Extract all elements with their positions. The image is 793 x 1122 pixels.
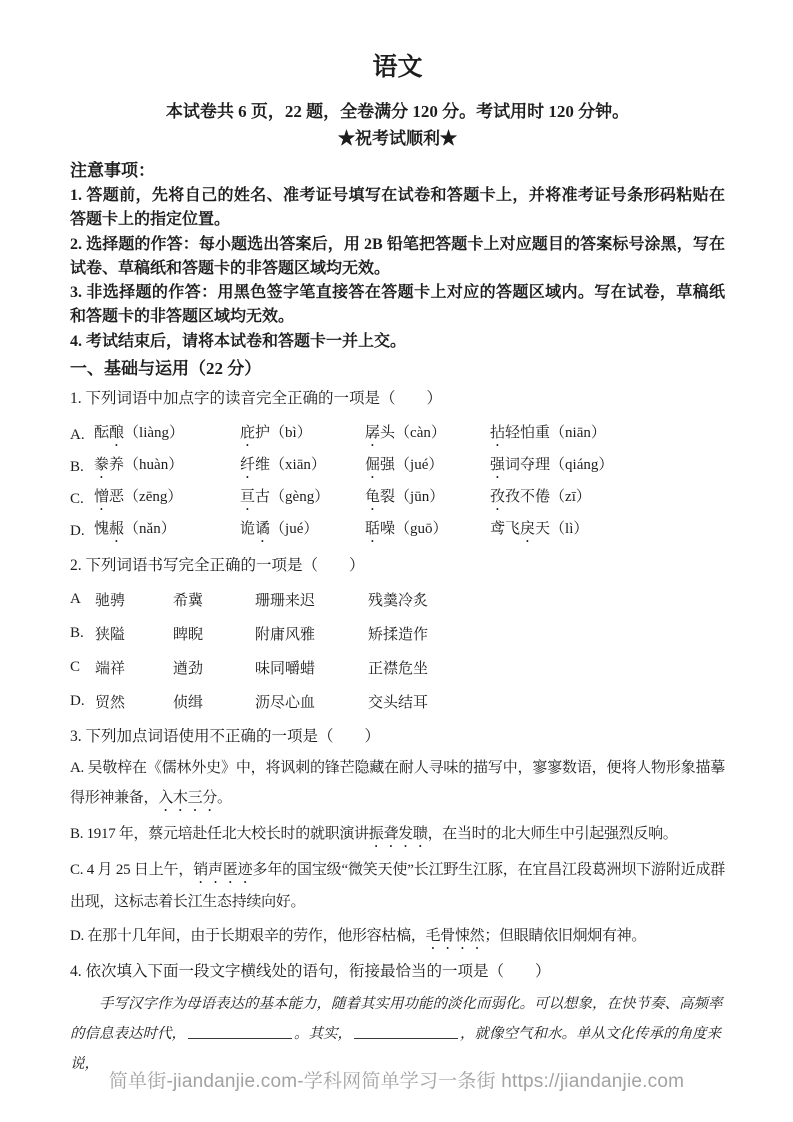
q2-option-row-b: B. 狭隘 睥睨 附庸风雅 矫揉造作 [70, 616, 725, 650]
q1-stem: 1. 下列词语中加点字的读音完全正确的一项是（ ） [70, 387, 725, 411]
word-item: 狭隘 [95, 623, 173, 644]
word-item: 倔强（jué） [365, 453, 490, 482]
pinyin: （huàn） [124, 457, 183, 473]
word-item: 端祥 [95, 657, 173, 678]
option-label: C. [70, 491, 94, 508]
word-item: 聒噪（guō） [365, 517, 490, 546]
word-item: 憎恶（zēng） [94, 485, 240, 514]
q1-option-row-d: D. 愧赧（nǎn） 诡谲（jué） 聒噪（guō） 鸢飞戾天（lì） [70, 515, 725, 547]
option-label: B. [70, 459, 94, 476]
word-item: 驰骋 [95, 589, 173, 610]
word-item: 遒劲 [173, 657, 255, 678]
q2-option-row-a: A 驰骋 希冀 珊珊来迟 残羹冷炙 [70, 582, 725, 616]
word-item: 味同嚼蜡 [255, 657, 368, 678]
pinyin: （càn） [395, 425, 446, 441]
emphasized-phrase: 毛骨悚然 [426, 928, 485, 944]
option-label: D. [70, 523, 94, 540]
word-item: 附庸风雅 [255, 623, 368, 644]
exam-wish-line: ★祝考试顺利★ [70, 125, 725, 152]
q3-option-a: A. 吴敬梓在《儒林外史》中，将讽刺的锋芒隐藏在耐人寻味的描写中，寥寥数语，便将… [70, 753, 725, 815]
option-label: C [70, 659, 95, 676]
q1-option-row-b: B. 豢养（huàn） 纤维（xiān） 倔强（jué） 强词夺理（qiáng） [70, 451, 725, 483]
pinyin: （lì） [550, 521, 588, 537]
word-item: 拈轻怕重（niān） [490, 421, 725, 450]
q1-option-row-c: C. 憎恶（zēng） 亘古（gèng） 龟裂（jūn） 孜孜不倦（zī） [70, 483, 725, 515]
blank-line-1 [188, 1025, 292, 1039]
option-label: A [70, 591, 95, 608]
word-item: 珊珊来迟 [255, 589, 368, 610]
pinyin: （niān） [550, 425, 606, 441]
word-item: 交头结耳 [368, 691, 725, 712]
word-item: 庇护（bì） [240, 421, 365, 450]
emphasized-phrase: 入木三分 [158, 790, 217, 806]
pinyin: （bì） [270, 425, 312, 441]
blank-line-2 [354, 1025, 458, 1039]
word-item: 睥睨 [173, 623, 255, 644]
pinyin: （xiān） [270, 457, 326, 473]
word-item: 鸢飞戾天（lì） [490, 517, 725, 546]
q4-stem: 4. 依次填入下面一段文字横线处的语句，衔接最恰当的一项是（ ） [70, 960, 725, 984]
q3-option-c: C. 4 月 25 日上午，销声匿迹多年的国宝级“微笑天使”长江野生江豚，在宜昌… [70, 855, 725, 917]
option-label: B. [70, 625, 95, 642]
notice-heading: 注意事项： [70, 158, 725, 184]
pinyin: （jué） [395, 457, 443, 473]
q3-stem: 3. 下列加点词语使用不正确的一项是（ ） [70, 725, 725, 749]
option-label: D. [70, 693, 95, 710]
word-item: 孜孜不倦（zī） [490, 485, 725, 514]
q2-stem: 2. 下列词语书写完全正确的一项是（ ） [70, 554, 725, 578]
word-item: 龟裂（jūn） [365, 485, 490, 514]
pinyin: （nǎn） [124, 521, 176, 537]
word-item: 贸然 [95, 691, 173, 712]
pinyin: （qiáng） [550, 457, 613, 473]
word-item: 强词夺理（qiáng） [490, 453, 725, 482]
notice-item-3: 3. 非选择题的作答：用黑色签字笔直接答在答题卡上对应的答题区域内。写在试卷，草… [70, 281, 725, 330]
pinyin: （guō） [395, 521, 448, 537]
pinyin: （zēng） [124, 489, 182, 505]
exam-page: 语文 本试卷共 6 页，22 题，全卷满分 120 分。考试用时 120 分钟。… [0, 0, 793, 1122]
pinyin: （jué） [270, 521, 318, 537]
pinyin: （gèng） [270, 489, 329, 505]
q2-option-row-c: C 端祥 遒劲 味同嚼蜡 正襟危坐 [70, 650, 725, 684]
word-item: 豢养（huàn） [94, 453, 240, 482]
option-label: A. [70, 427, 94, 444]
notice-item-2: 2. 选择题的作答：每小题选出答案后，用 2B 铅笔把答题卡上对应题目的答案标号… [70, 233, 725, 282]
exam-info-line: 本试卷共 6 页，22 题，全卷满分 120 分。考试用时 120 分钟。 [70, 98, 725, 125]
word-item: 矫揉造作 [368, 623, 725, 644]
pinyin: （zī） [550, 489, 591, 505]
word-item: 残羹冷炙 [368, 589, 725, 610]
notice-item-1: 1. 答题前，先将自己的姓名、准考证号填写在试卷和答题卡上，并将准考证号条形码粘… [70, 184, 725, 233]
word-item: 诡谲（jué） [240, 517, 365, 546]
watermark-footer: 简单街-jiandanjie.com-学科网简单学习一条街 https://ji… [0, 1066, 793, 1093]
q1-option-row-a: A. 酝酿（liàng） 庇护（bì） 孱头（càn） 拈轻怕重（niān） [70, 419, 725, 451]
word-item: 纤维（xiān） [240, 453, 365, 482]
word-item: 愧赧（nǎn） [94, 517, 240, 546]
word-item: 侦缉 [173, 691, 255, 712]
word-item: 孱头（càn） [365, 421, 490, 450]
word-item: 沥尽心血 [255, 691, 368, 712]
pinyin: （jūn） [395, 489, 444, 505]
word-item: 酝酿（liàng） [94, 421, 240, 450]
pinyin: （liàng） [124, 425, 184, 441]
section-heading: 一、基础与运用（22 分） [70, 356, 725, 382]
emphasized-phrase: 销声匿迹 [193, 862, 252, 878]
word-item: 亘古（gèng） [240, 485, 365, 514]
notice-item-4: 4. 考试结束后，请将本试卷和答题卡一并上交。 [70, 330, 725, 354]
emphasized-phrase: 振聋发聩 [369, 826, 428, 842]
word-item: 正襟危坐 [368, 657, 725, 678]
q3-option-d: D. 在那十几年间，由于长期艰辛的劳作，他形容枯槁，毛骨悚然；但眼睛依旧炯炯有神… [70, 921, 725, 953]
q3-option-b: B. 1917 年，蔡元培赴任北大校长时的就职演讲振聋发聩，在当时的北大师生中引… [70, 819, 725, 851]
page-title: 语文 [70, 52, 725, 84]
q2-option-row-d: D. 贸然 侦缉 沥尽心血 交头结耳 [70, 684, 725, 718]
word-item: 希冀 [173, 589, 255, 610]
